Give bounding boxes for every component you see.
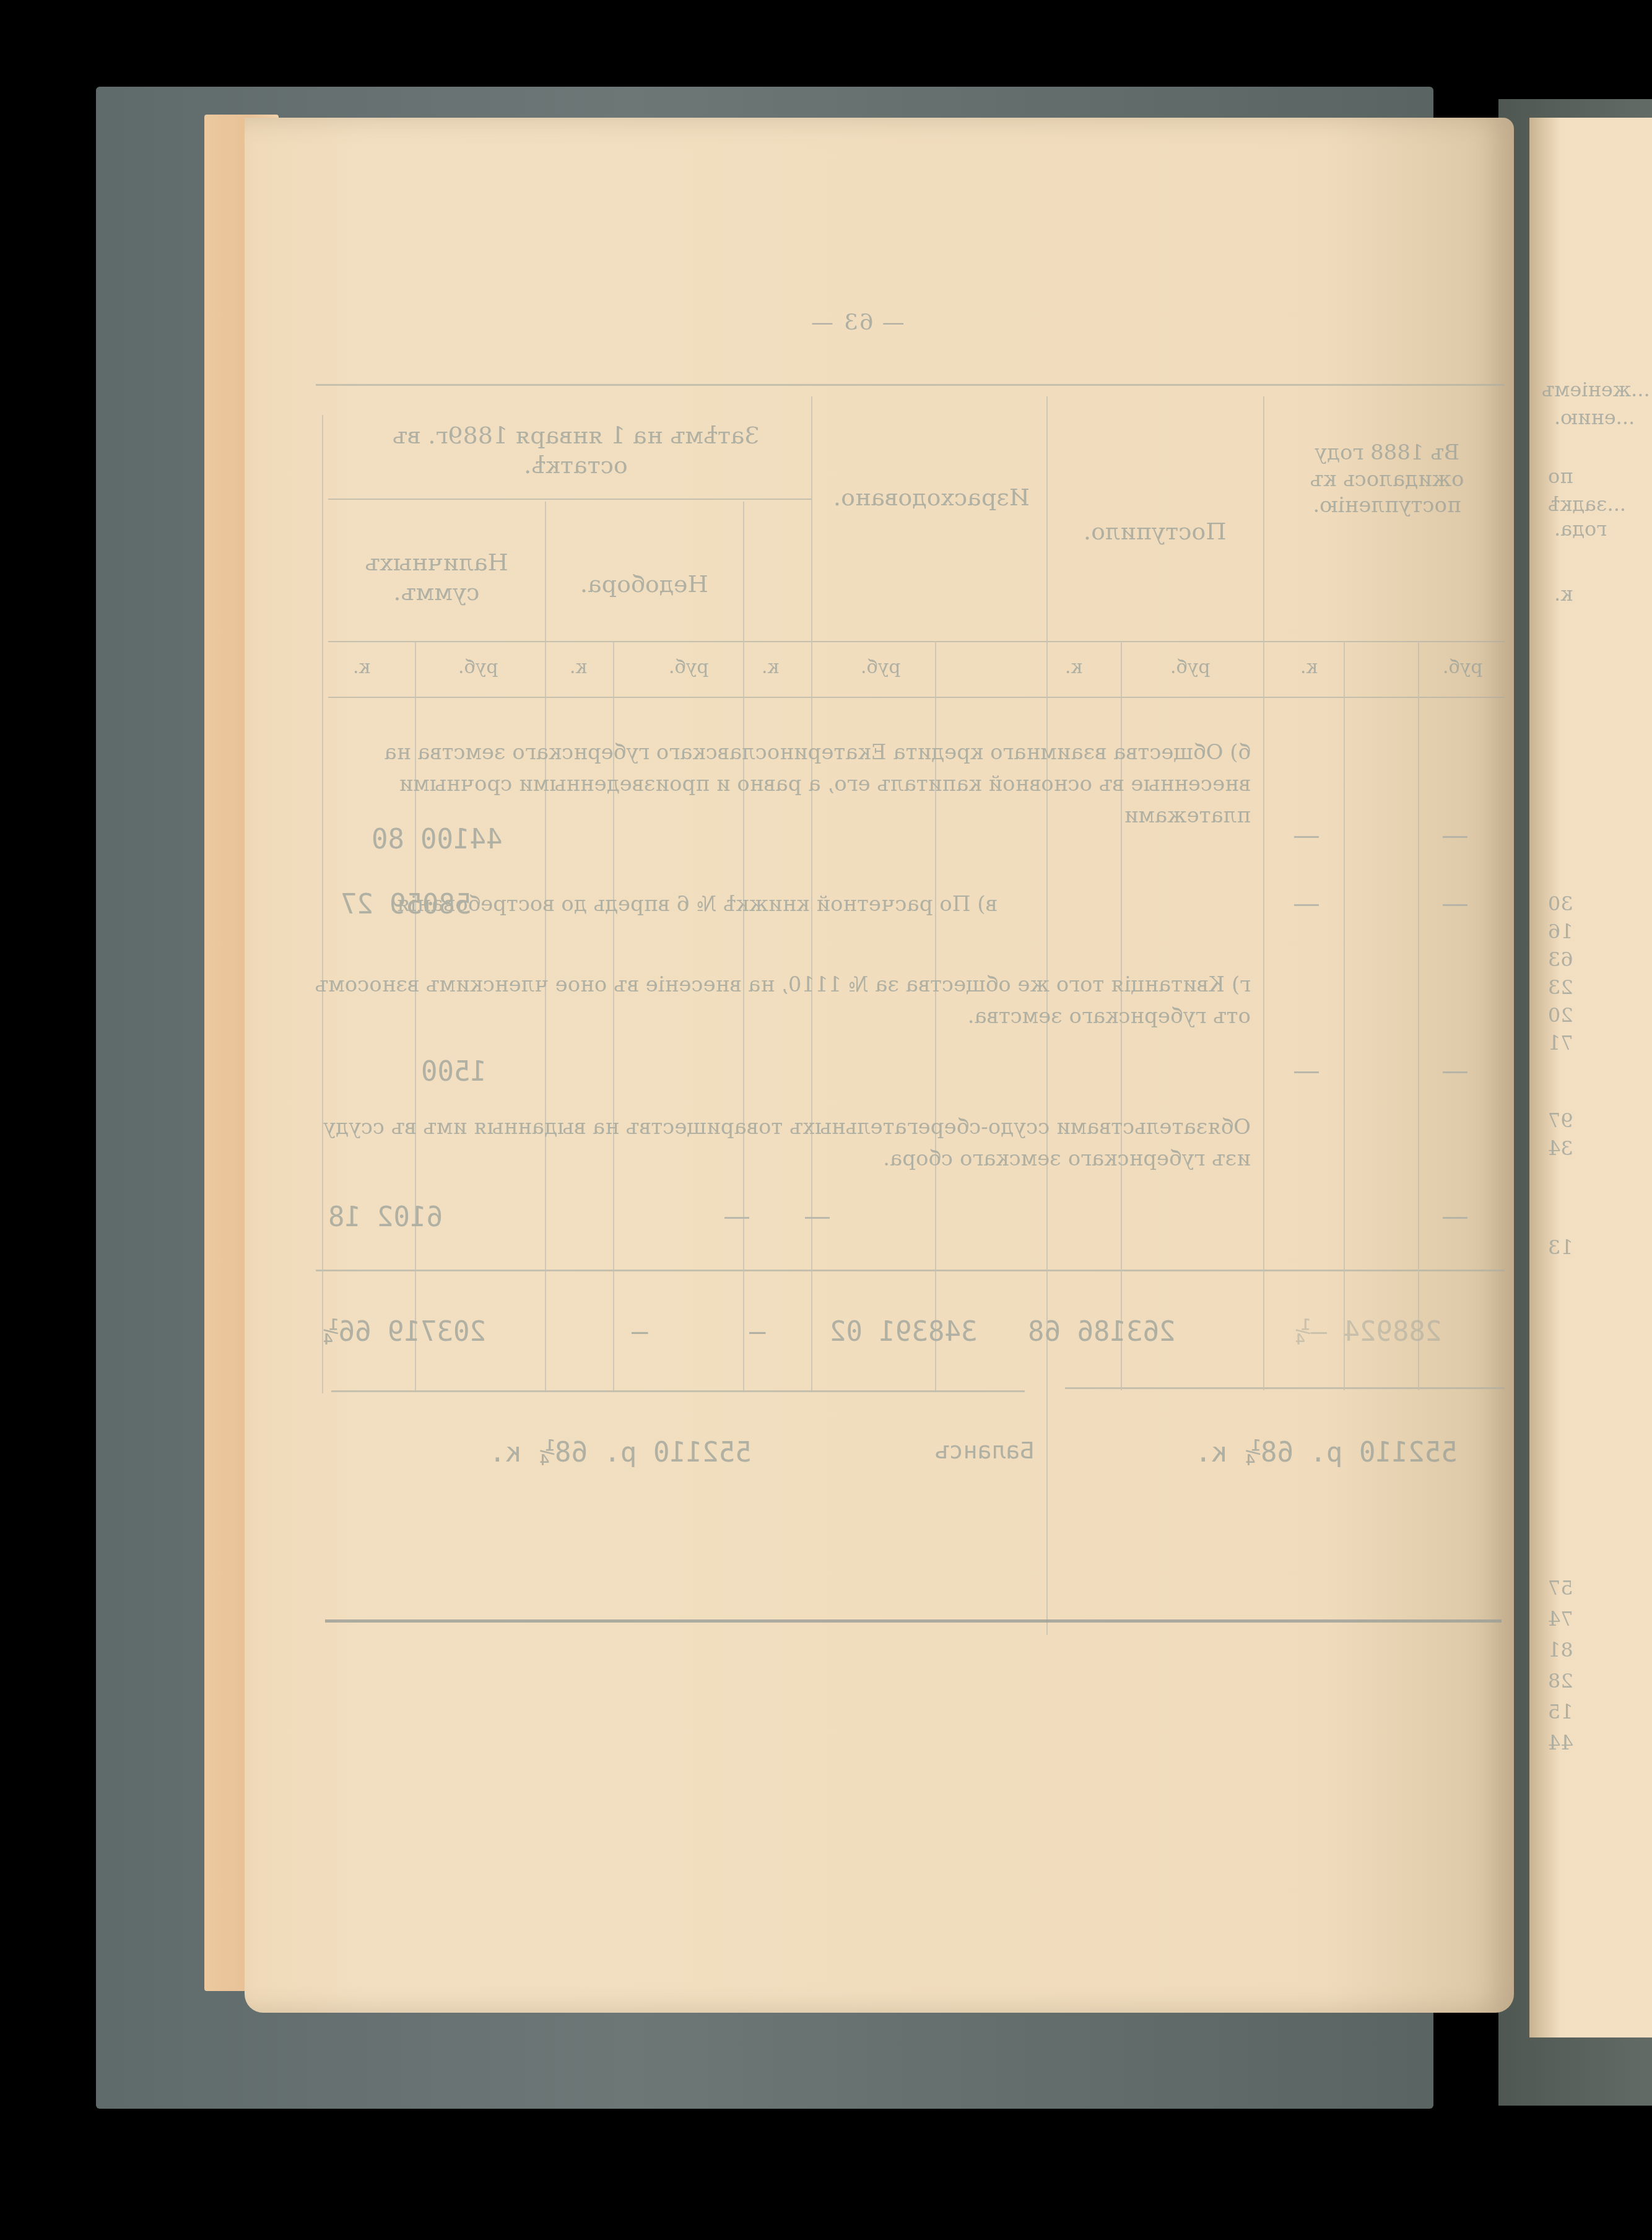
- group-header-rule: [328, 499, 811, 500]
- total-received-value: 263186 68: [1028, 1316, 1175, 1348]
- totals-bottom-rule-right: [1065, 1387, 1505, 1389]
- empty-dash: [1443, 904, 1467, 906]
- empty-dash: [1443, 836, 1467, 838]
- facing-number-value: 30: [1548, 892, 1573, 915]
- facing-number: 16: [1548, 920, 1573, 943]
- facing-number: 81: [1548, 1638, 1573, 1662]
- facing-number-value: 63: [1548, 948, 1573, 971]
- facing-header: года.: [1554, 517, 1607, 541]
- header-shortfall: Недобора.: [551, 570, 737, 599]
- total-expected-value: 288924 —¼: [1294, 1316, 1441, 1348]
- page-number: — 63 —: [811, 310, 906, 335]
- balance-label-text: Балансъ: [935, 1437, 1034, 1464]
- units-rule: [328, 697, 1505, 698]
- total-spent-dash: —: [749, 1316, 766, 1348]
- unit-rub: руб.: [1443, 656, 1482, 678]
- facing-number-value: 28: [1548, 1669, 1573, 1693]
- ledger-row-description: г) Квитанція того же общества за № 1110,…: [310, 969, 1251, 1032]
- ledger-row-description: Обязательствами ссудо-сберегательныхъ то…: [310, 1112, 1251, 1175]
- header-cash: Наличныхъ суммъ.: [334, 548, 539, 607]
- facing-number: 30: [1548, 892, 1573, 915]
- balance-right: 552110 р. 68¼ к.: [1195, 1437, 1458, 1468]
- header-received-label: Поступило.: [1084, 517, 1226, 547]
- total-shortfall: —: [632, 1316, 648, 1348]
- header-spent: Израсходовано.: [824, 483, 1040, 513]
- facing-header-line: ...ению.: [1554, 406, 1635, 429]
- header-cash-label: Наличныхъ суммъ.: [334, 548, 539, 607]
- totals-top-rule: [316, 1270, 1505, 1271]
- total-cash-value: 203719 66¼: [322, 1316, 486, 1348]
- unit-rub-label: руб.: [861, 656, 900, 678]
- total-cash: 203719 66¼: [322, 1316, 486, 1348]
- page-number-value: 63: [843, 310, 874, 335]
- balance-label: Балансъ: [935, 1437, 1034, 1464]
- col-border: [545, 502, 546, 1390]
- facing-header-line: ...женiемъ: [1542, 378, 1650, 401]
- unit-rub-label: руб.: [1443, 656, 1482, 678]
- facing-number-value: 97: [1548, 1109, 1573, 1132]
- facing-number: 63: [1548, 948, 1573, 971]
- table-top-rule: [316, 384, 1505, 386]
- row-1-cash: 27 58059: [341, 889, 472, 920]
- row-0-text: б) Общества взаимнаго кредита Екатеринос…: [310, 737, 1251, 832]
- header-remaining-group-label: Затѣмъ на 1 января 1889г. въ остаткѣ.: [341, 421, 811, 480]
- total-received: 263186 68: [1028, 1316, 1175, 1348]
- unit-kop: к.: [762, 656, 779, 678]
- facing-number: 28: [1548, 1669, 1573, 1693]
- unit-rub: руб.: [458, 656, 498, 678]
- row-2-text: г) Квитанція того же общества за № 1110,…: [310, 969, 1251, 1032]
- facing-header-line: года.: [1554, 517, 1607, 541]
- row-1-kop: 27: [341, 889, 373, 920]
- empty-dash: [805, 1217, 830, 1219]
- header-spent-label: Израсходовано.: [833, 483, 1030, 513]
- unit-kop: к.: [570, 656, 587, 678]
- empty-dash: [1443, 1071, 1467, 1073]
- facing-number: 74: [1548, 1607, 1573, 1631]
- facing-number-value: 71: [1548, 1031, 1573, 1055]
- row-1-text: в) По расчетной книжкѣ № 6 впредь до вос…: [390, 892, 998, 917]
- unit-kop-label: к.: [1065, 656, 1082, 678]
- ledger-row-description: б) Общества взаимнаго кредита Екатеринос…: [310, 737, 1251, 832]
- unit-kop-label: к.: [762, 656, 779, 678]
- header-expected: Въ 1888 году ожидалось къ поступленію.: [1272, 440, 1502, 519]
- total-spent: 348391 02: [830, 1316, 977, 1348]
- facing-number: 34: [1548, 1136, 1573, 1160]
- total-shortfall-value: —: [632, 1316, 648, 1348]
- header-shortfall-label: Недобора.: [580, 570, 708, 599]
- facing-header: ...ению.: [1554, 406, 1635, 429]
- facing-number-value: 13: [1548, 1235, 1573, 1259]
- facing-header: ...женiемъ: [1542, 378, 1650, 401]
- balance-left: 552110 р. 68¼ к.: [489, 1437, 752, 1468]
- facing-header: к.: [1554, 582, 1573, 606]
- unit-rub-label: руб.: [1170, 656, 1210, 678]
- header-remaining-group: Затѣмъ на 1 января 1889г. въ остаткѣ.: [341, 421, 811, 480]
- facing-number-value: 34: [1548, 1136, 1573, 1160]
- total-spent-dash-value: —: [749, 1316, 766, 1348]
- empty-dash: [1294, 904, 1319, 906]
- row-0-kop: 80: [372, 824, 404, 855]
- empty-dash: [1294, 1071, 1319, 1073]
- col-border: [1418, 641, 1419, 1390]
- facing-number-value: 16: [1548, 920, 1573, 943]
- unit-kop: к.: [1300, 656, 1318, 678]
- balance-right-value: 552110 р. 68¼ к.: [1195, 1437, 1458, 1468]
- col-border: [322, 415, 323, 1393]
- facing-number: 20: [1548, 1003, 1573, 1027]
- empty-dash: [1294, 836, 1319, 838]
- bottom-rule: [325, 1619, 1502, 1623]
- row-0-cash: 80 44100: [372, 824, 503, 855]
- col-border: [1263, 396, 1264, 1390]
- totals-bottom-rule-left: [331, 1390, 1025, 1392]
- ledger-table: Затѣмъ на 1 января 1889г. въ остаткѣ. На…: [316, 384, 1505, 1400]
- col-border: [743, 502, 744, 1390]
- total-spent-value: 348391 02: [830, 1316, 977, 1348]
- row-3-text: Обязательствами ссудо-сберегательныхъ то…: [310, 1112, 1251, 1175]
- facing-number-value: 15: [1548, 1700, 1573, 1724]
- unit-kop: к.: [353, 656, 370, 678]
- unit-rub: руб.: [861, 656, 900, 678]
- header-expected-label: Въ 1888 году ожидалось къ поступленію.: [1272, 440, 1502, 519]
- facing-number-value: 81: [1548, 1638, 1573, 1662]
- row-0-rub: 44100: [420, 824, 502, 855]
- facing-number-value: 23: [1548, 975, 1573, 999]
- unit-rub-label: руб.: [458, 656, 498, 678]
- facing-header: по: [1548, 464, 1573, 488]
- unit-rub: руб.: [1170, 656, 1210, 678]
- ledger-row-description: в) По расчетной книжкѣ № 6 впредь до вос…: [390, 892, 998, 917]
- facing-number: 13: [1548, 1235, 1573, 1259]
- unit-rub: руб.: [669, 656, 708, 678]
- facing-number: 97: [1548, 1109, 1573, 1132]
- facing-number-value: 44: [1548, 1731, 1573, 1754]
- empty-dash: [724, 1217, 749, 1219]
- total-expected: 288924 —¼: [1294, 1316, 1441, 1348]
- unit-kop-label: к.: [570, 656, 587, 678]
- unit-kop-label: к.: [1300, 656, 1318, 678]
- unit-kop: к.: [1065, 656, 1082, 678]
- header-received: Поступило.: [1053, 517, 1257, 547]
- empty-dash: [1443, 1217, 1467, 1219]
- row-2-cash: 1500: [421, 1056, 487, 1087]
- facing-header: ...задкѣ: [1548, 492, 1626, 516]
- facing-number-value: 20: [1548, 1003, 1573, 1027]
- row-3-rub: 6102: [377, 1201, 443, 1233]
- facing-header-line: ...задкѣ: [1548, 492, 1626, 516]
- facing-number-value: 74: [1548, 1607, 1573, 1631]
- balance-left-value: 552110 р. 68¼ к.: [489, 1437, 752, 1468]
- unit-rub-label: руб.: [669, 656, 708, 678]
- row-1-rub: 58059: [389, 889, 471, 920]
- header-rule: [328, 641, 1505, 642]
- facing-number: 57: [1548, 1576, 1573, 1600]
- row-3-cash: 18 6102: [328, 1201, 443, 1233]
- row-3-kop: 18: [328, 1201, 361, 1233]
- facing-number: 15: [1548, 1700, 1573, 1724]
- facing-number: 23: [1548, 975, 1573, 999]
- col-border: [1344, 641, 1345, 1390]
- facing-number: 71: [1548, 1031, 1573, 1055]
- facing-header-line: по: [1548, 464, 1573, 488]
- facing-number: 44: [1548, 1731, 1573, 1754]
- facing-number-value: 57: [1548, 1576, 1573, 1600]
- unit-kop-label: к.: [353, 656, 370, 678]
- row-2-rub: 1500: [421, 1056, 487, 1087]
- facing-header-line: к.: [1554, 582, 1573, 606]
